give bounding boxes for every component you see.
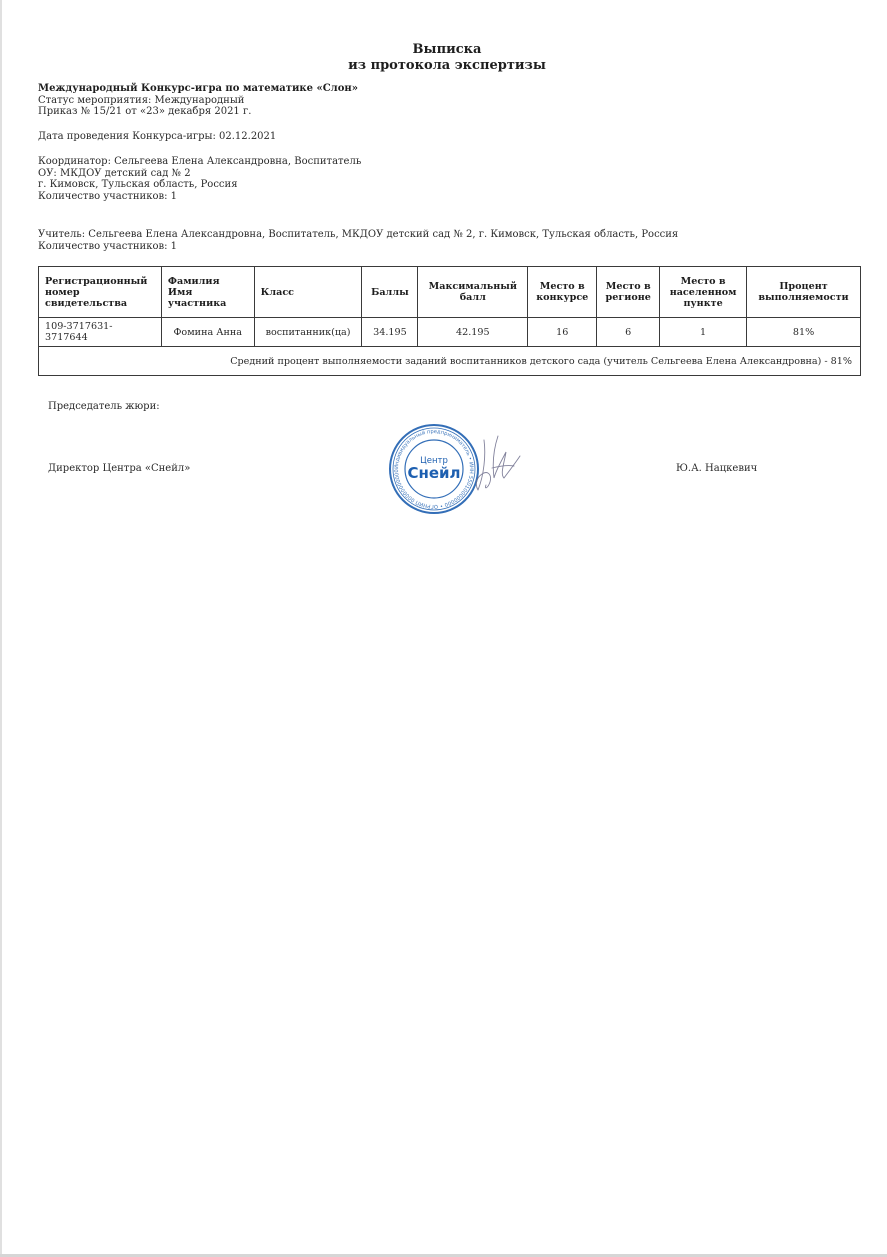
coordinator-location: г. Кимовск, Тульская область, Россия: [38, 179, 361, 191]
title-line-2: из протокола экспертизы: [0, 58, 887, 74]
cell-class: воспитанник(ца): [254, 318, 362, 347]
event-date: Дата проведения Конкурса-игры: 02.12.202…: [38, 131, 276, 143]
cell-registration-number: 109-3717631-3717644: [39, 318, 162, 347]
event-status: Статус мероприятия: Международный: [38, 95, 358, 107]
results-table: Регистрационныйномерсвидетельства Фамили…: [38, 266, 861, 376]
coordinator-participants: Количество участников: 1: [38, 191, 361, 203]
teacher-name: Учитель: Сельгеева Елена Александровна, …: [38, 229, 678, 241]
coordinator-institution: ОУ: МКДОУ детский сад № 2: [38, 168, 361, 180]
summary-row: Средний процент выполняемости заданий во…: [39, 347, 861, 376]
director-label: Директор Центра «Снейл»: [48, 463, 190, 474]
event-order: Приказ № 15/21 от «23» декабря 2021 г.: [38, 106, 358, 118]
teacher-info: Учитель: Сельгеева Елена Александровна, …: [38, 229, 678, 252]
header-cell: Баллы: [362, 267, 418, 318]
page-edge: [0, 0, 2, 1257]
header-cell: Место врегионе: [597, 267, 660, 318]
cell-max-score: 42.195: [418, 318, 528, 347]
header-cell: Регистрационныйномерсвидетельства: [39, 267, 162, 318]
summary-text: Средний процент выполняемости заданий во…: [39, 347, 861, 376]
cell-place-contest: 16: [528, 318, 597, 347]
cell-place-region: 6: [597, 318, 660, 347]
header-cell: Процентвыполняемости: [747, 267, 861, 318]
header-cell: Место внаселенномпункте: [660, 267, 747, 318]
teacher-participants: Количество участников: 1: [38, 241, 678, 253]
cell-percent: 81%: [747, 318, 861, 347]
title-line-1: Выписка: [0, 42, 887, 58]
stamp-icon: Индивидуальный предприниматель • ИНН 550…: [388, 423, 480, 515]
header-cell: Максимальныйбалл: [418, 267, 528, 318]
coordinator-info: Координатор: Сельгеева Елена Александров…: [38, 156, 361, 202]
cell-place-locality: 1: [660, 318, 747, 347]
document-title: Выписка из протокола экспертизы: [0, 42, 887, 74]
cell-score: 34.195: [362, 318, 418, 347]
header-cell: Класс: [254, 267, 362, 318]
coordinator-name: Координатор: Сельгеева Елена Александров…: [38, 156, 361, 168]
header-cell: ФамилияИмяучастника: [161, 267, 254, 318]
header-cell: Место вконкурсе: [528, 267, 597, 318]
signature-icon: [470, 430, 525, 500]
table-row: 109-3717631-3717644 Фомина Анна воспитан…: [39, 318, 861, 347]
svg-text:Снейл: Снейл: [407, 464, 460, 482]
cell-participant-name: Фомина Анна: [161, 318, 254, 347]
chairman-label: Председатель жюри:: [48, 401, 160, 412]
director-name: Ю.А. Нацкевич: [676, 463, 757, 474]
table-header-row: Регистрационныйномерсвидетельства Фамили…: [39, 267, 861, 318]
event-info: Международный Конкурс-игра по математике…: [38, 83, 358, 118]
event-name: Международный Конкурс-игра по математике…: [38, 83, 358, 95]
